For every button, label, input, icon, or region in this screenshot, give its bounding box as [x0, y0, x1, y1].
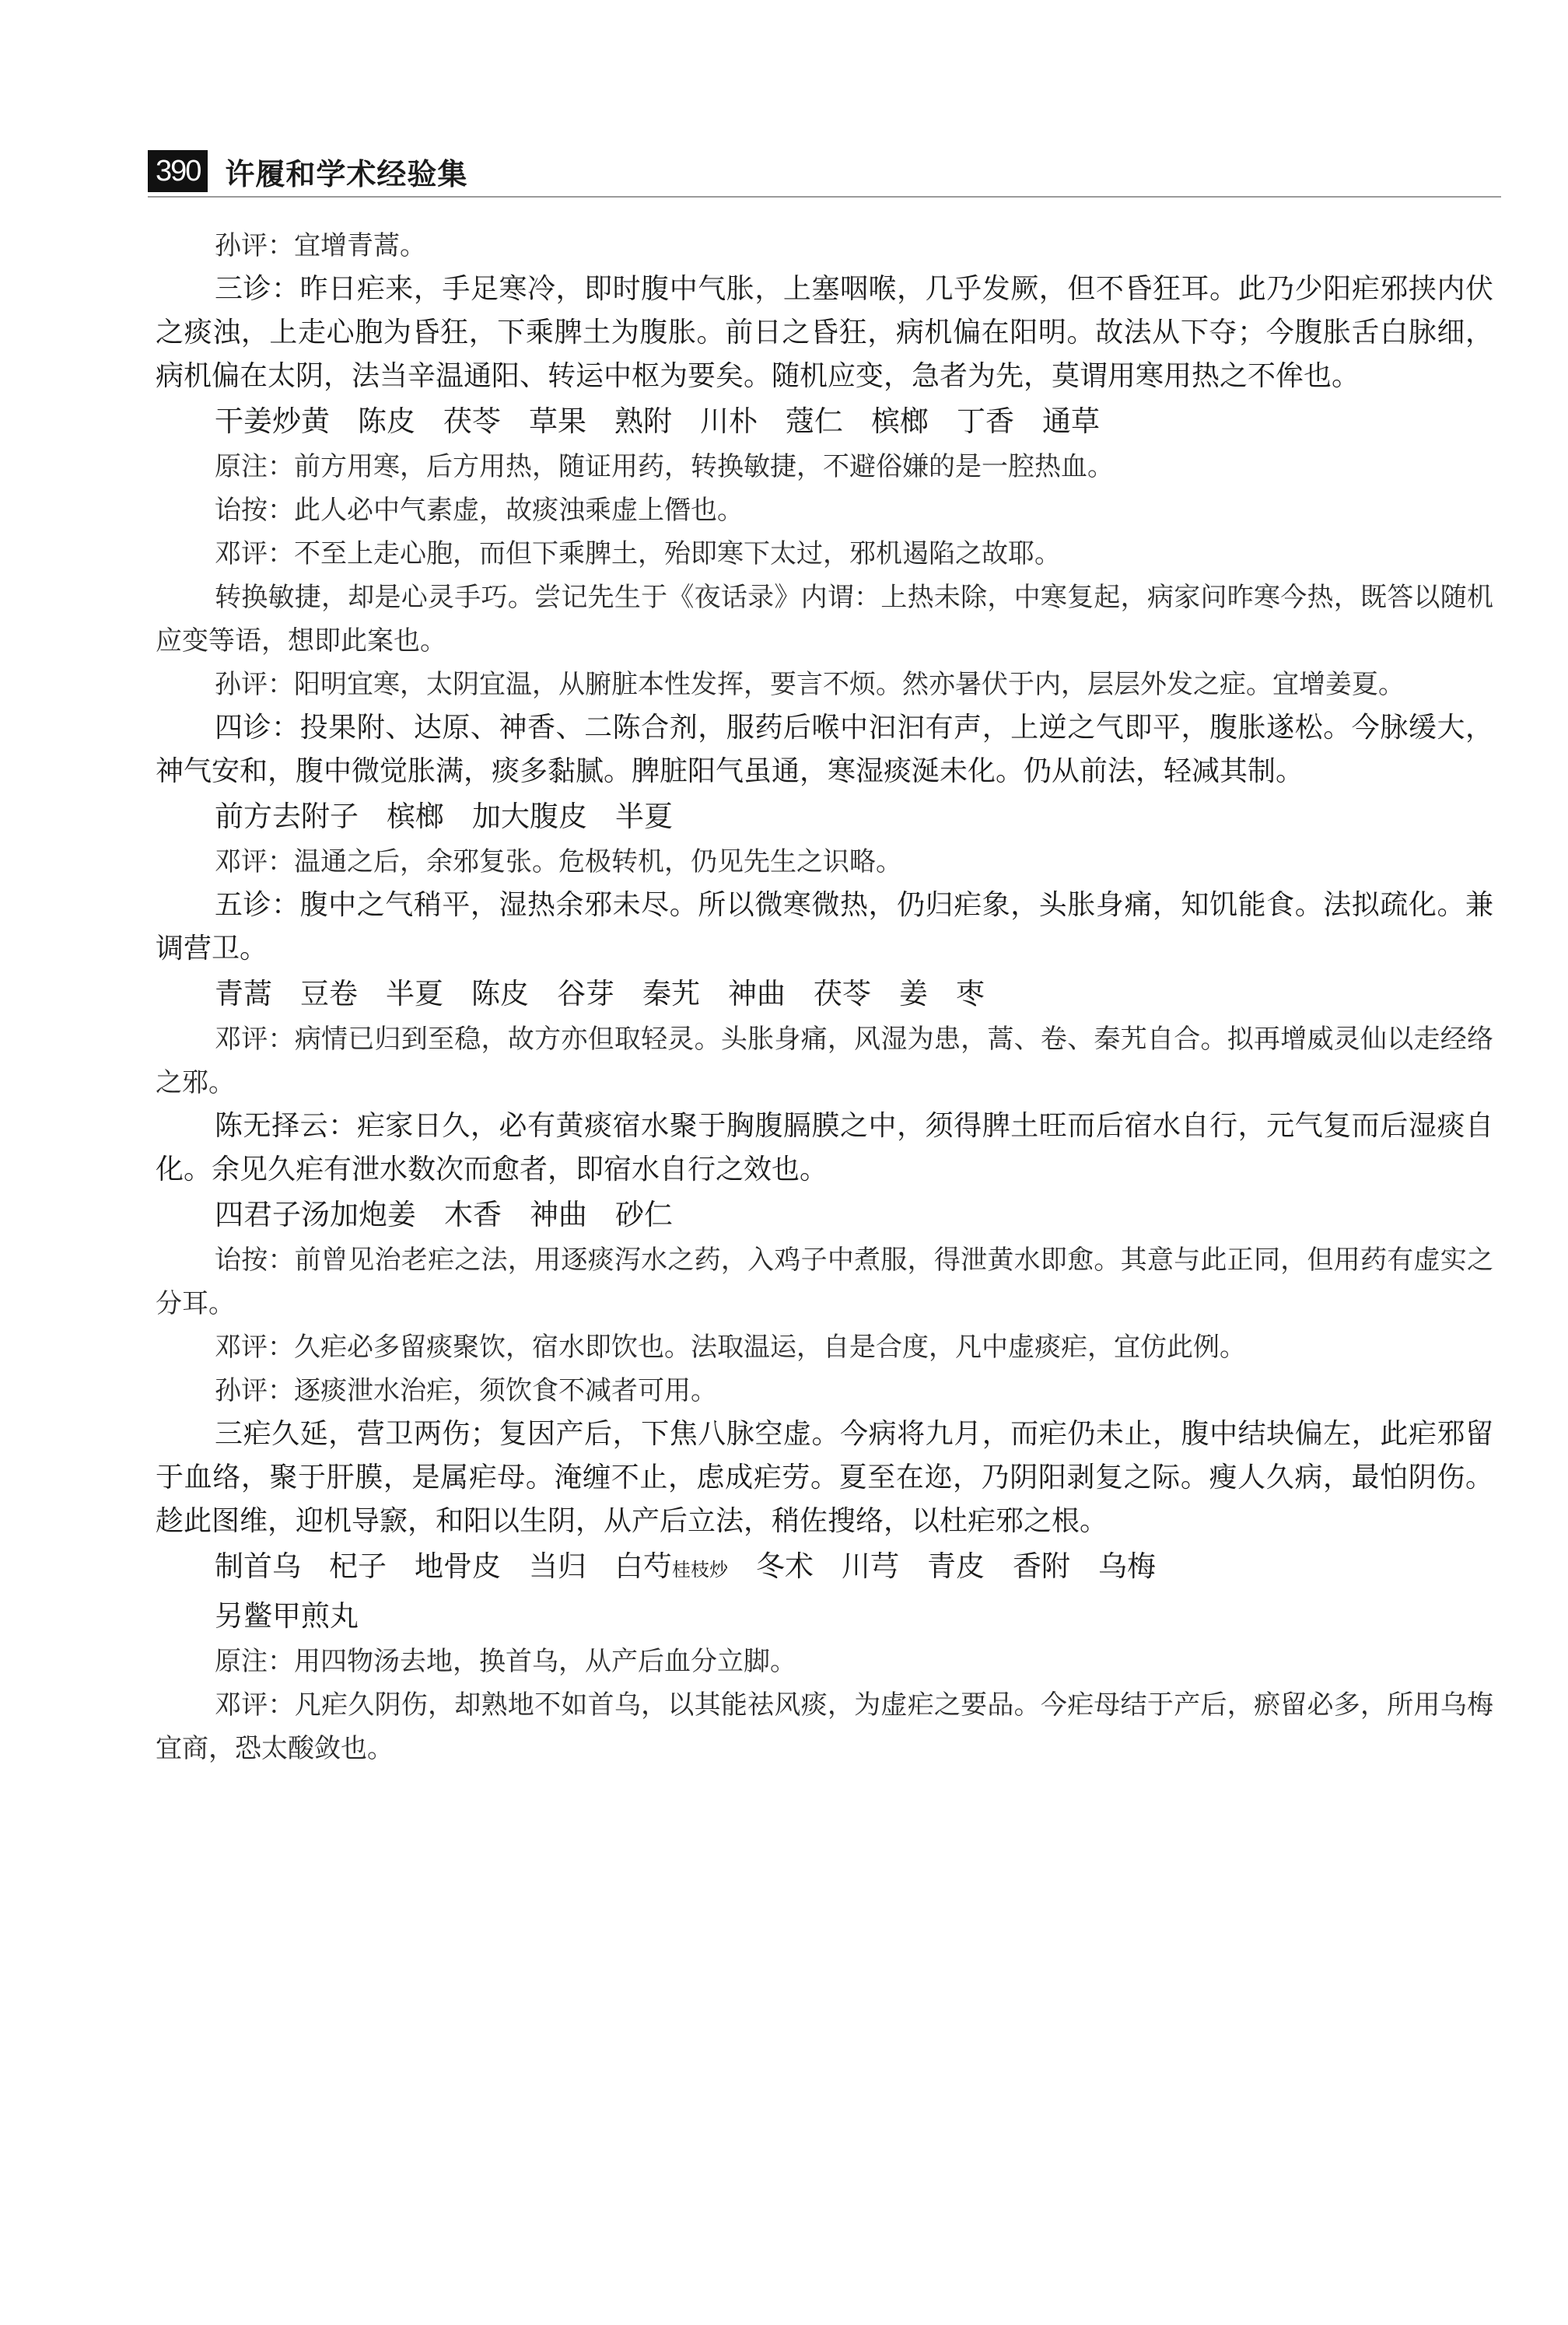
herb: 枣	[956, 977, 985, 1010]
herb-processing-note: 桂枝炒	[672, 1559, 728, 1581]
herb: 杞子	[329, 1549, 387, 1583]
herb: 前方去附子	[215, 800, 359, 833]
prescription-6: 另鳖甲煎丸	[156, 1593, 1493, 1640]
herb: 白芍桂枝炒	[614, 1549, 728, 1583]
herb: 制首乌	[215, 1549, 301, 1583]
prescription-5: 制首乌杞子地骨皮当归白芍桂枝炒冬术川芎青皮香附乌梅	[156, 1543, 1493, 1593]
prescription-3: 青蒿豆卷半夏陈皮谷芽秦艽神曲茯苓姜枣	[156, 971, 1493, 1017]
prescription-1: 干姜炒黄陈皮茯苓草果熟附川朴蔻仁槟榔丁香通草	[156, 398, 1493, 445]
herb: 半夏	[386, 977, 443, 1010]
herb: 草果	[529, 404, 586, 438]
case-third-visit: 三诊：昨日疟来，手足寒冷，即时腹中气胀，上塞咽喉，几乎发厥，但不昏狂耳。此乃少阳…	[156, 268, 1493, 398]
herb: 另鳖甲煎丸	[215, 1599, 359, 1633]
herb: 青蒿	[215, 977, 272, 1010]
herb: 冬术	[756, 1549, 814, 1583]
herb: 熟附	[614, 404, 672, 438]
page-header: 390 许履和学术经验集	[148, 149, 467, 193]
herb: 神曲	[530, 1198, 587, 1231]
case-fourth-visit: 四诊：投果附、达原、神香、二陈合剂，服药后喉中汩汩有声，上逆之气即平，腹胀遂松。…	[156, 706, 1493, 793]
herb: 丁香	[957, 404, 1014, 438]
prescription-4: 四君子汤加炮姜木香神曲砂仁	[156, 1192, 1493, 1238]
herb: 砂仁	[615, 1198, 673, 1231]
quote-chen-wuze: 陈无择云：疟家日久，必有黄痰宿水聚于胸腹膈膜之中，须得脾土旺而后宿水自行，元气复…	[156, 1105, 1493, 1192]
page-body: 孙评：宜增青蒿。 三诊：昨日疟来，手足寒冷，即时腹中气胀，上塞咽喉，几乎发厥，但…	[156, 224, 1493, 1770]
herb-name: 白芍	[614, 1549, 672, 1583]
case-fifth-visit: 五诊：腹中之气稍平，湿热余邪未尽。所以微寒微热，仍归疟象，头胀身痛，知饥能食。法…	[156, 884, 1493, 971]
herb: 茯苓	[814, 977, 871, 1010]
herb: 姜	[899, 977, 928, 1010]
prescription-2: 前方去附子槟榔加大腹皮半夏	[156, 793, 1493, 840]
original-note: 原注：前方用寒，后方用热，随证用药，转换敏捷，不避俗嫌的是一腔热血。	[156, 445, 1493, 488]
herb: 槟榔	[387, 800, 444, 833]
herb: 神曲	[728, 977, 786, 1010]
comment-deng: 邓评：温通之后，余邪复张。危极转机，仍见先生之识略。	[156, 840, 1493, 884]
herb: 青皮	[927, 1549, 985, 1583]
herb: 当归	[529, 1549, 586, 1583]
comment-sun: 孙评：宜增青蒿。	[156, 224, 1493, 268]
book-title: 许履和学术经验集	[225, 150, 467, 193]
comment-deng: 邓评：病情已归到至稳，故方亦但取轻灵。头胀身痛，风湿为患，蒿、卷、秦艽自合。拟再…	[156, 1017, 1493, 1105]
herb: 地骨皮	[415, 1549, 501, 1583]
herb: 秦艽	[642, 977, 700, 1010]
herb: 川芎	[842, 1549, 899, 1583]
comment-continued: 转换敏捷，却是心灵手巧。尝记先生于《夜话录》内谓：上热未除，中寒复起，病家问昨寒…	[156, 576, 1493, 663]
herb: 豆卷	[300, 977, 358, 1010]
original-note: 原注：用四物汤去地，换首乌，从产后血分立脚。	[156, 1640, 1493, 1683]
herb: 香附	[1013, 1549, 1070, 1583]
comment-deng: 邓评：凡疟久阴伤，却熟地不如首乌，以其能祛风痰，为虚疟之要品。今疟母结于产后，瘀…	[156, 1683, 1493, 1770]
herb: 川朴	[700, 404, 758, 438]
comment-yi: 诒按：前曾见治老疟之法，用逐痰泻水之药，入鸡子中煮服，得泄黄水即愈。其意与此正同…	[156, 1238, 1493, 1325]
case-tertian-malaria: 三疟久延，营卫两伤；复因产后，下焦八脉空虚。今病将九月，而疟仍未止，腹中结块偏左…	[156, 1413, 1493, 1543]
comment-sun: 孙评：逐痰泄水治疟，须饮食不减者可用。	[156, 1369, 1493, 1413]
comment-sun: 孙评：阳明宜寒，太阴宜温，从腑脏本性发挥，要言不烦。然亦暑伏于内，层层外发之症。…	[156, 663, 1493, 706]
herb: 槟榔	[871, 404, 929, 438]
herb: 谷芽	[557, 977, 614, 1010]
herb: 干姜炒黄	[215, 404, 330, 438]
herb: 通草	[1042, 404, 1100, 438]
herb: 半夏	[615, 800, 673, 833]
herb: 木香	[444, 1198, 502, 1231]
comment-yi: 诒按：此人必中气素虚，故痰浊乘虚上僭也。	[156, 488, 1493, 532]
page-number: 390	[148, 150, 208, 192]
header-rule	[148, 196, 1501, 198]
herb: 陈皮	[471, 977, 529, 1010]
herb: 茯苓	[443, 404, 501, 438]
herb: 加大腹皮	[472, 800, 587, 833]
comment-deng: 邓评：不至上走心胞，而但下乘脾土，殆即寒下太过，邪机遏陷之故耶。	[156, 532, 1493, 576]
herb: 蔻仁	[786, 404, 843, 438]
herb: 陈皮	[358, 404, 415, 438]
comment-deng: 邓评：久疟必多留痰聚饮，宿水即饮也。法取温运，自是合度，凡中虚痰疟，宜仿此例。	[156, 1325, 1493, 1369]
herb: 乌梅	[1098, 1549, 1156, 1583]
herb: 四君子汤加炮姜	[215, 1198, 416, 1231]
